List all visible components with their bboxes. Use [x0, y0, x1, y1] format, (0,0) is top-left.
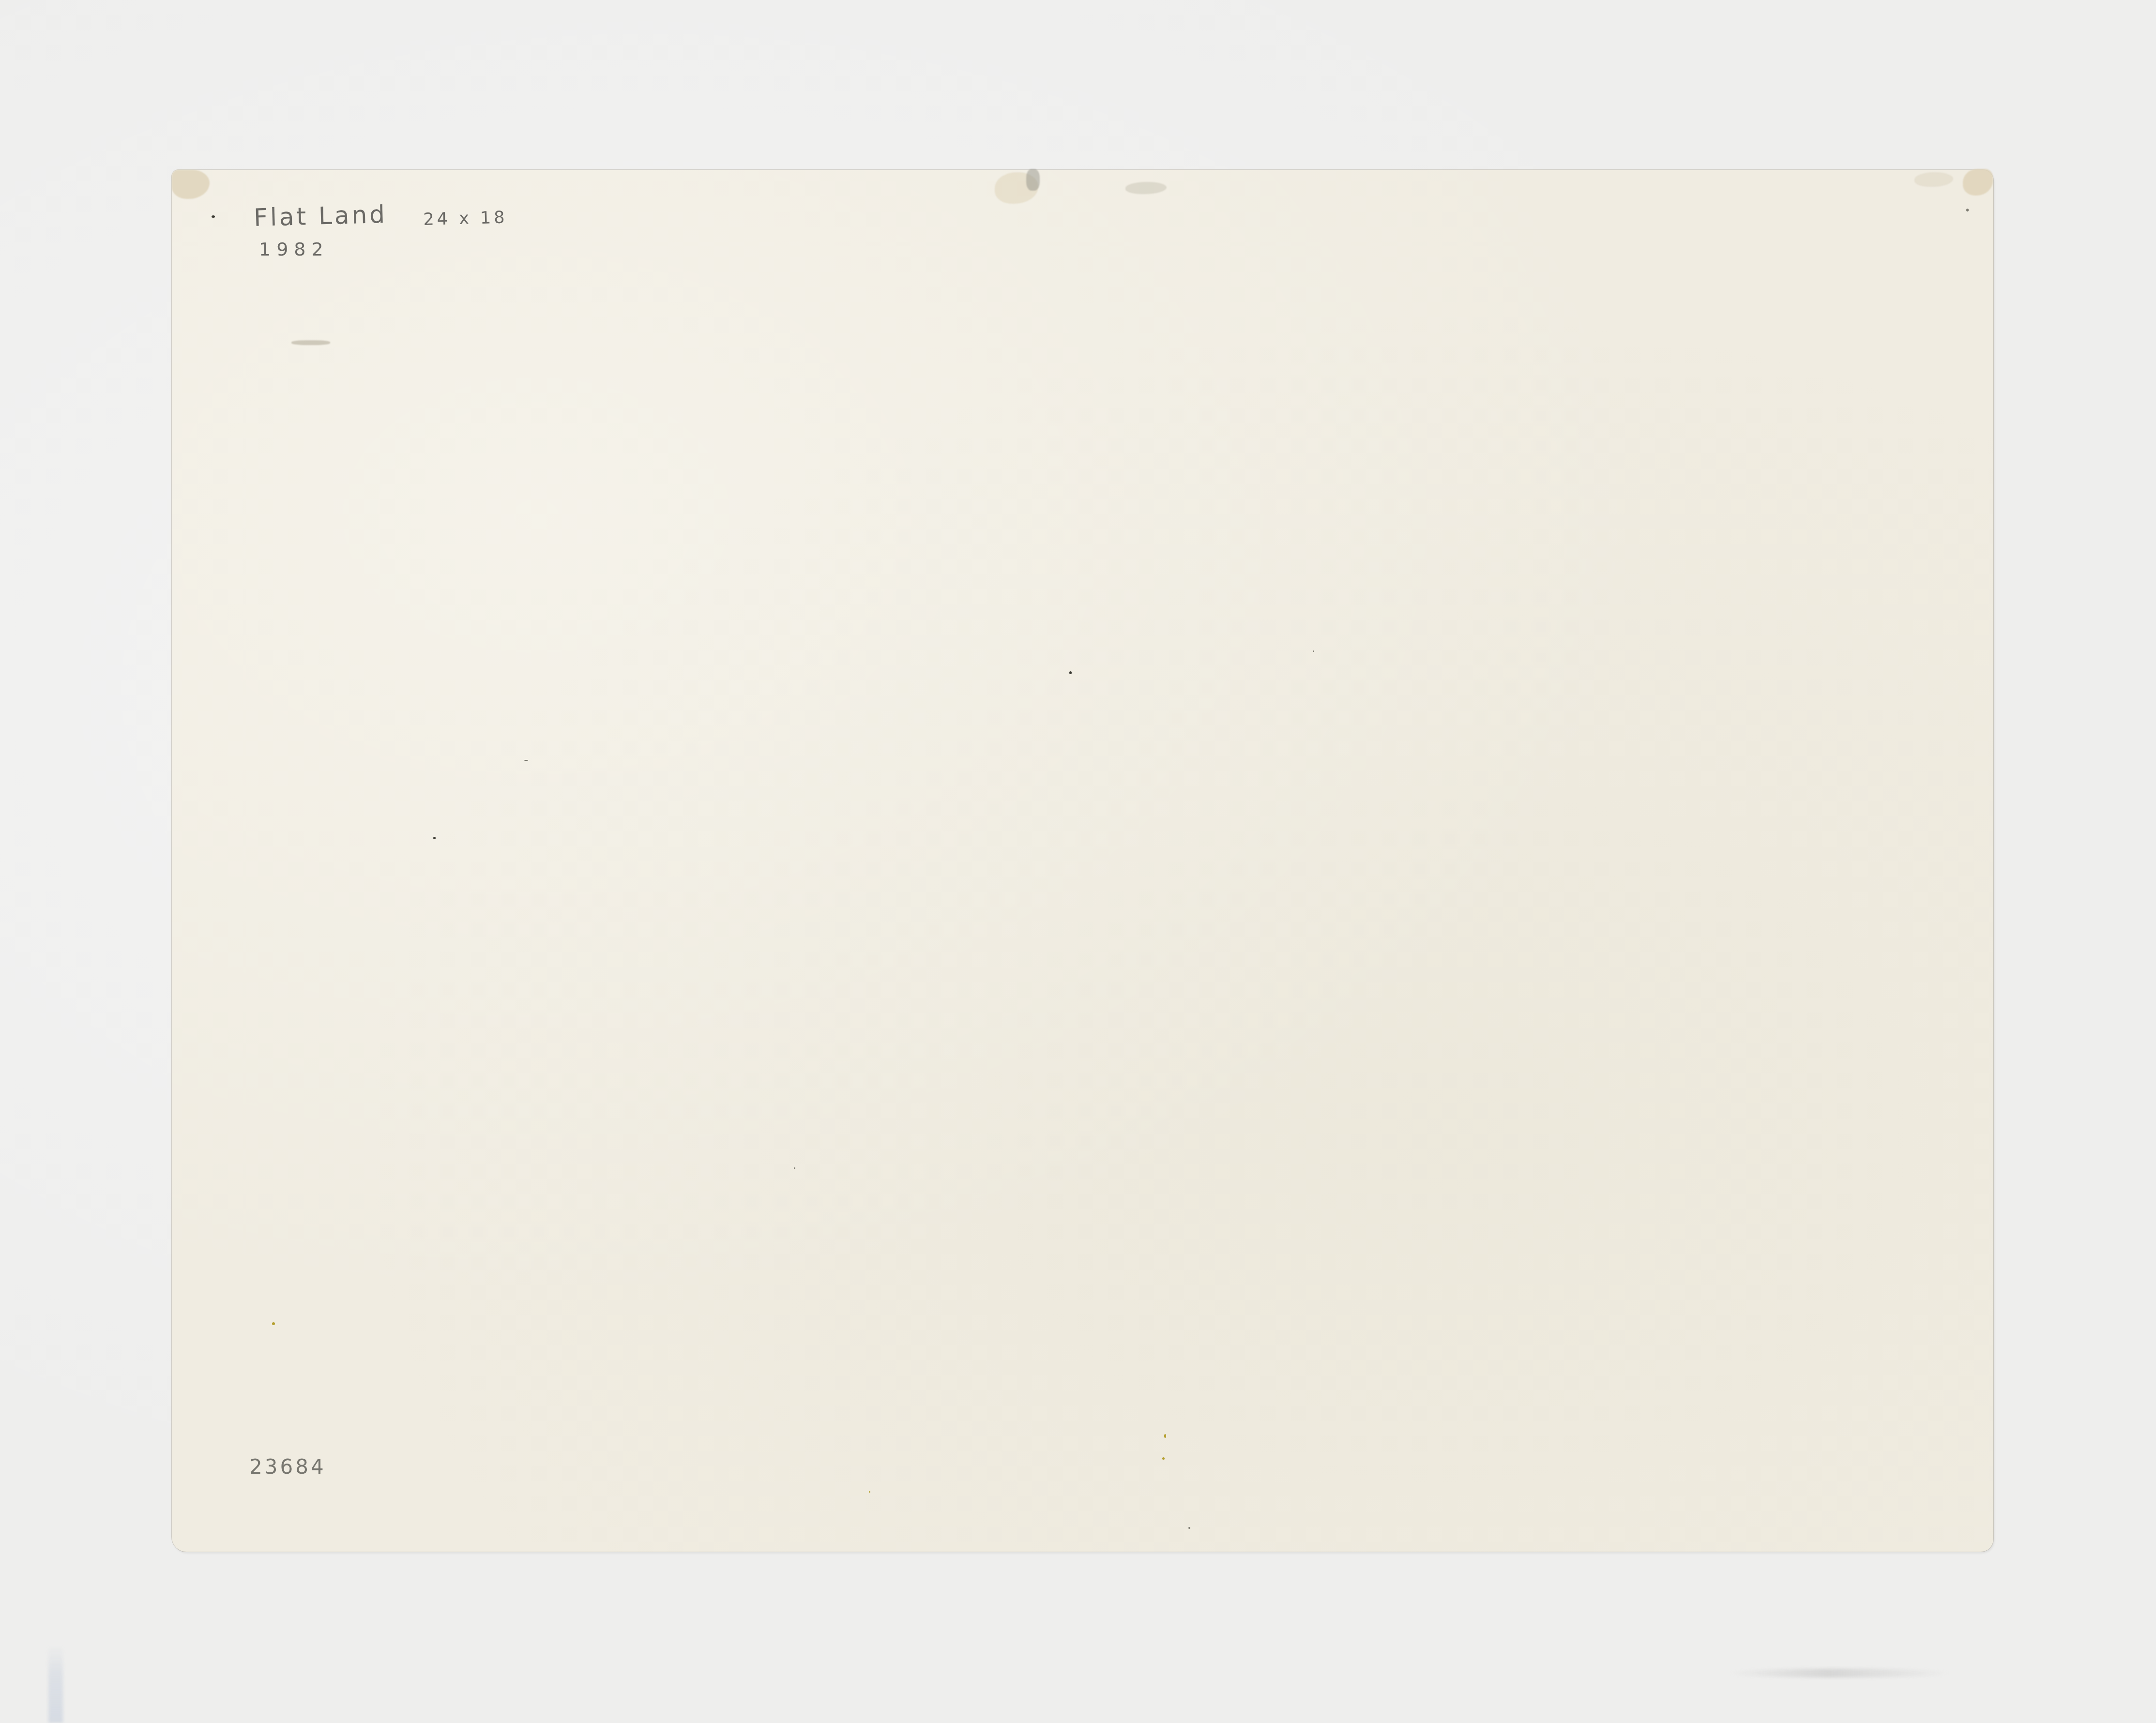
backdrop-smudge	[1728, 1669, 1951, 1678]
speck	[212, 215, 215, 218]
inscription-title: Flat Land	[253, 200, 387, 232]
speck	[1966, 209, 1969, 212]
adhesive-stain	[1125, 182, 1167, 194]
corner-adhesive-stain	[172, 170, 210, 199]
speck	[794, 1167, 795, 1169]
speck	[1313, 650, 1314, 652]
inscription-year: 1982	[259, 239, 329, 260]
inscription-dimensions: 24 x 18	[423, 208, 508, 229]
speck	[1164, 1434, 1166, 1438]
speck	[869, 1491, 870, 1493]
artwork-paper-back: Flat Land 24 x 18 1982 23684	[172, 170, 1993, 1552]
speck	[1069, 671, 1072, 674]
tape-residue	[1026, 169, 1040, 191]
backdrop-smudge	[48, 1646, 63, 1723]
speck	[433, 837, 436, 839]
graphite-smudge	[291, 340, 330, 345]
corner-adhesive-stain	[1963, 169, 1993, 196]
inscription-inventory-number: 23684	[249, 1455, 326, 1479]
speck	[1162, 1457, 1165, 1460]
adhesive-stain	[1914, 172, 1953, 187]
speck	[1188, 1527, 1190, 1529]
speck	[272, 1322, 275, 1325]
speck	[524, 760, 528, 761]
